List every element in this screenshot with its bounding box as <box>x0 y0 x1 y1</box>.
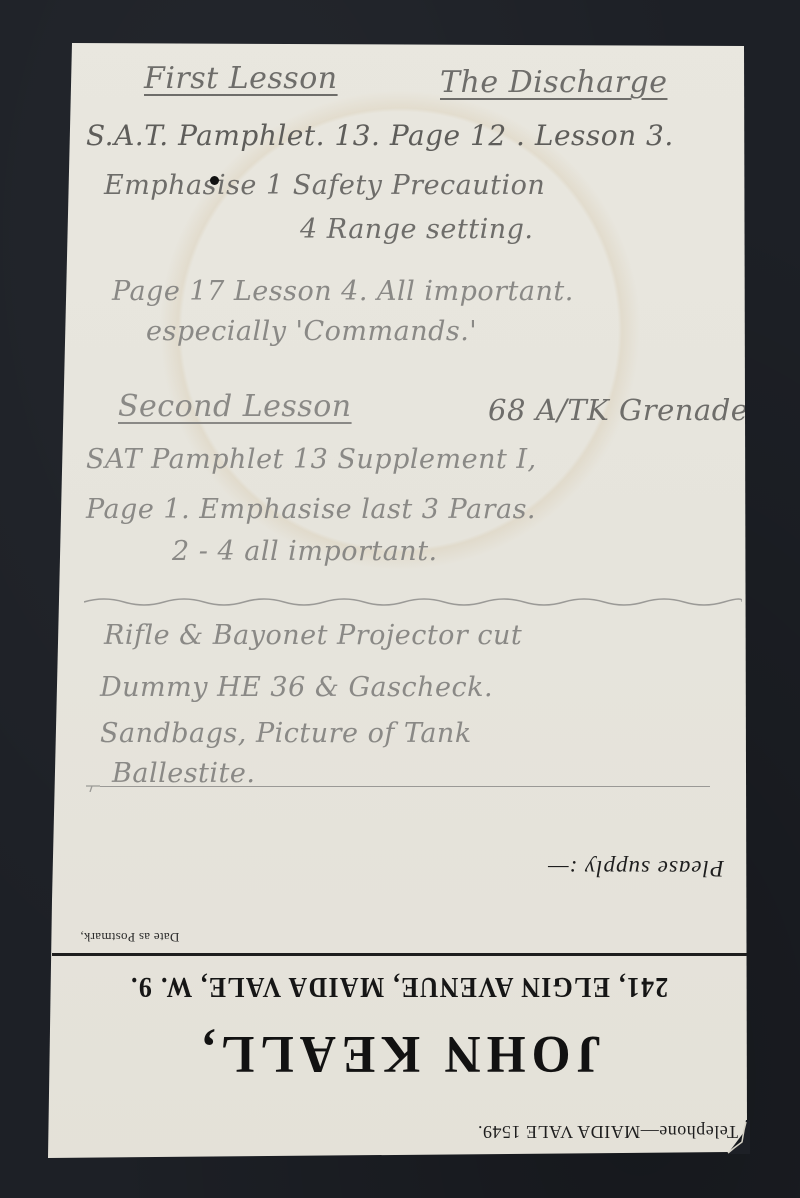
first-lesson-line-4: Page 17 Lesson 4. All important. <box>112 278 574 305</box>
supplies-rule <box>100 786 710 787</box>
second-lesson-heading: Second Lesson <box>118 392 352 422</box>
rule-tick-mark <box>86 778 100 792</box>
first-lesson-line-1: S.A.T. Pamphlet. 13. Page 12 . Lesson 3. <box>86 122 674 150</box>
supplies-line-3: Sandbags, Picture of Tank <box>100 720 472 747</box>
postcard: First Lesson The Discharge S.A.T. Pamphl… <box>0 0 800 1198</box>
printed-form-upper: Please supply :— Date as Postmark, <box>50 855 748 955</box>
supplies-line-1: Rifle & Bayonet Projector cut <box>104 622 522 649</box>
wavy-divider <box>84 594 742 608</box>
first-lesson-topic: The Discharge <box>440 68 667 98</box>
torn-corner <box>724 1120 750 1154</box>
please-supply-label: Please supply :— <box>547 855 724 881</box>
supplies-line-4: Ballestite. <box>112 760 255 787</box>
first-lesson-line-3: 4 Range setting. <box>300 216 533 243</box>
first-lesson-heading: First Lesson <box>144 64 338 94</box>
first-lesson-line-5: especially 'Commands.' <box>146 318 477 345</box>
second-lesson-line-1: SAT Pamphlet 13 Supplement I, <box>86 446 537 473</box>
second-lesson-line-2: Page 1. Emphasise last 3 Paras. <box>86 496 536 523</box>
merchant-name: JOHN KEALL, <box>50 1025 748 1086</box>
handwritten-notes: First Lesson The Discharge S.A.T. Pamphl… <box>0 0 800 800</box>
merchant-address: 241, ELGIN AVENUE, MAIDA VALE, W. 9. <box>78 970 720 1002</box>
second-lesson-topic: 68 A/TK Grenade <box>488 396 748 425</box>
date-postmark-note: Date as Postmark, <box>80 929 179 945</box>
supplies-line-2: Dummy HE 36 & Gascheck. <box>100 674 493 701</box>
first-lesson-line-2: Emphasise 1 Safety Precaution <box>104 172 545 199</box>
second-lesson-line-3: 2 - 4 all important. <box>172 538 438 565</box>
telephone-line: Telephone—MAIDA VALE 1549. <box>477 1121 738 1142</box>
printed-divider <box>52 953 748 956</box>
merchant-block: Telephone—MAIDA VALE 1549. JOHN KEALL, 2… <box>50 958 748 1154</box>
ink-blot <box>210 176 219 185</box>
